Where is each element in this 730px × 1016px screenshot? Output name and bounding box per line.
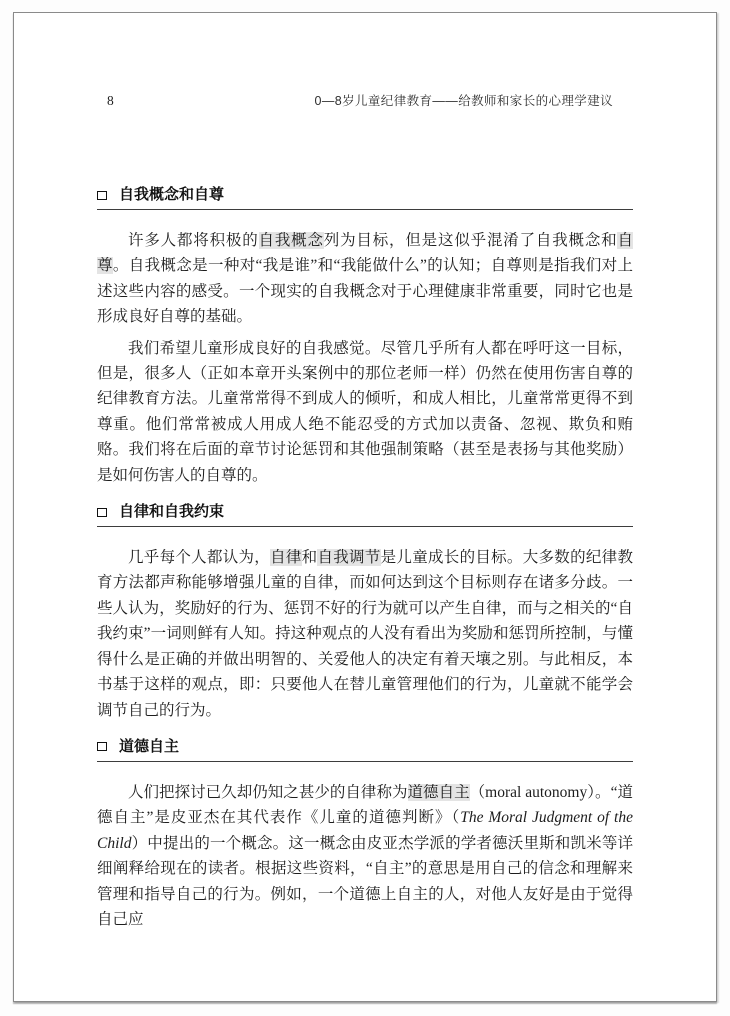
text-segment: 。自我概念是一种对“我是谁”和“我能做什么”的认知；自尊则是指我们对上述这些内容…	[97, 257, 633, 325]
running-head-title: 0—8岁儿童纪律教育——给教师和家长的心理学建议	[314, 93, 633, 110]
key-term: 自我概念	[259, 232, 324, 249]
section-moral-autonomy: 道德自主 人们把探讨已久却仍知之甚少的自律称为道德自主（moral autono…	[97, 738, 633, 932]
section-self-concept-and-self-esteem: 自我概念和自尊 许多人都将积极的自我概念列为目标，但是这似乎混淆了自我概念和自尊…	[97, 186, 633, 488]
key-term: 自我调节	[317, 549, 380, 566]
text-segment: 人们把探讨已久却仍知之甚少的自律称为	[128, 784, 408, 801]
text-segment: 我们希望儿童形成良好的自我感觉。尽管几乎所有人都在呼吁这一目标，但是，很多人（正…	[97, 340, 633, 484]
square-bullet-icon	[97, 742, 107, 751]
paragraph: 几乎每个人都认为，自律和自我调节是儿童成长的目标。大多数的纪律教育方法都声称能够…	[97, 545, 633, 723]
paragraph: 许多人都将积极的自我概念列为目标，但是这似乎混淆了自我概念和自尊。自我概念是一种…	[97, 228, 633, 330]
text-segment: 是儿童成长的目标。大多数的纪律教育方法都声称能够增强儿童的自律，而如何达到这个目…	[97, 549, 633, 718]
text-segment: 几乎每个人都认为，	[128, 549, 270, 566]
book-page-scan: 8 0—8岁儿童纪律教育——给教师和家长的心理学建议 自我概念和自尊 许多人都将…	[0, 0, 730, 1016]
paragraph: 我们希望儿童形成良好的自我感觉。尽管几乎所有人都在呼吁这一目标，但是，很多人（正…	[97, 336, 633, 488]
section-heading-text: 道德自主	[119, 738, 179, 756]
section-heading-text: 自我概念和自尊	[119, 186, 224, 204]
page-number: 8	[97, 92, 114, 109]
paragraph: 人们把探讨已久却仍知之甚少的自律称为道德自主（moral autonomy）。“…	[97, 780, 633, 932]
square-bullet-icon	[97, 191, 107, 200]
page-frame: 8 0—8岁儿童纪律教育——给教师和家长的心理学建议 自我概念和自尊 许多人都将…	[13, 12, 717, 1002]
square-bullet-icon	[97, 508, 107, 517]
text-segment: 许多人都将积极的	[128, 232, 259, 249]
section-heading: 自我概念和自尊	[97, 186, 633, 210]
text-segment: 和	[302, 549, 318, 566]
running-header: 8 0—8岁儿童纪律教育——给教师和家长的心理学建议	[97, 92, 633, 110]
text-segment: 列为目标，但是这似乎混淆了自我概念和	[324, 232, 618, 249]
section-heading: 自律和自我约束	[97, 503, 633, 527]
key-term: 道德自主	[408, 784, 470, 801]
section-self-discipline-and-self-restraint: 自律和自我约束 几乎每个人都认为，自律和自我调节是儿童成长的目标。大多数的纪律教…	[97, 503, 633, 723]
section-heading: 道德自主	[97, 738, 633, 762]
text-segment: ）中提出的一个概念。这一概念由皮亚杰学派的学者德沃里斯和凯米等详细阐释给现在的读…	[97, 835, 633, 928]
section-heading-text: 自律和自我约束	[119, 503, 224, 521]
key-term: 自律	[270, 549, 302, 566]
